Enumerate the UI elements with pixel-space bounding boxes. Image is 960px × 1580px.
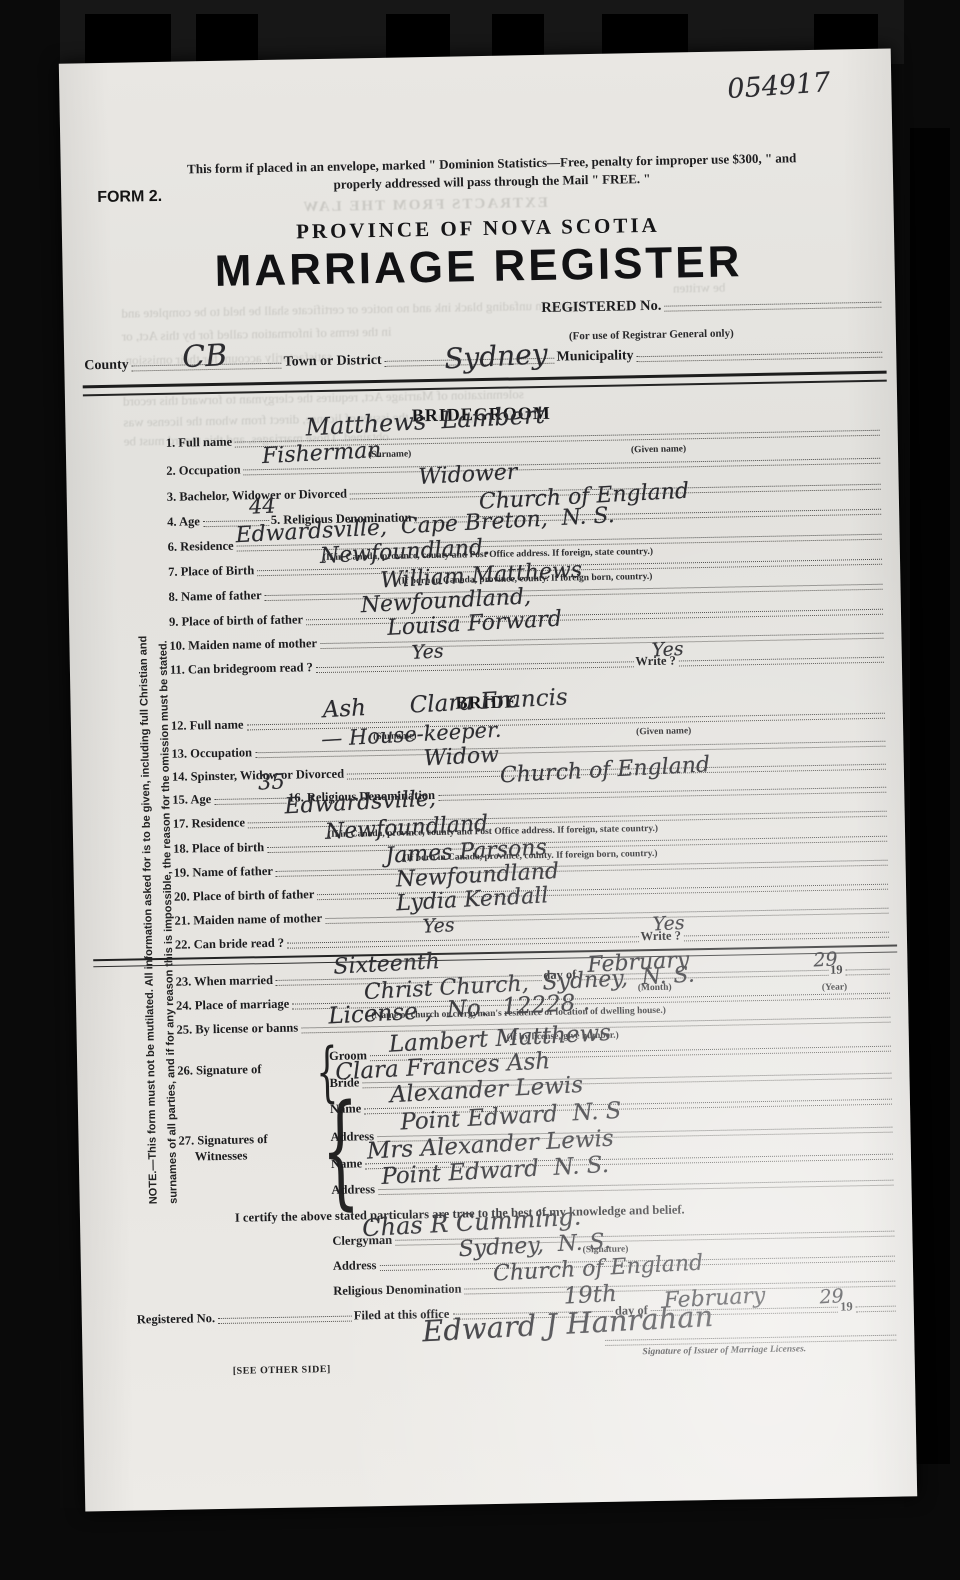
- film-left-band: [0, 0, 60, 1580]
- bride-write-handwritten: Yes: [652, 912, 685, 936]
- bride-mother-label: 21. Maiden name of mother: [174, 911, 322, 928]
- bride-age-label: 15. Age: [172, 792, 211, 807]
- groom-status-handwritten: Widower: [418, 460, 518, 490]
- brace-27: {: [320, 1077, 360, 1223]
- dotted-line: [664, 302, 881, 312]
- groom-read-handwritten: Yes: [411, 640, 444, 664]
- issuer-signature-caption: Signature of Issuer of Marriage Licenses…: [642, 1344, 806, 1357]
- dotted-line: [856, 1306, 896, 1313]
- groom-read-label: 11. Can bridegroom read ?: [170, 660, 313, 677]
- groom-read-write-row: 11. Can bridegroom read ? Write ?: [170, 650, 886, 677]
- filed-year-handwritten: 29: [819, 1285, 844, 1308]
- groom-age-label: 4. Age: [167, 514, 200, 529]
- town-district-label: Town or District: [284, 354, 382, 370]
- bride-fullname-label: 12. Full name: [171, 717, 244, 732]
- bride-father-birthplace-label: 20. Place of birth of father: [174, 887, 314, 904]
- dotted-line: [265, 584, 883, 601]
- bride-residence-label: 17. Residence: [173, 815, 245, 830]
- film-sprocket: [85, 14, 171, 64]
- witness-name-label: Name: [331, 1156, 363, 1171]
- county-value-handwritten: CB: [181, 338, 228, 375]
- form-number-label: FORM 2.: [97, 188, 162, 207]
- license-label: 25. By license or banns: [176, 1021, 298, 1037]
- bride-occupation-row: 13. Occupation: [171, 734, 887, 761]
- dotted-line: [438, 787, 886, 801]
- groom-occupation-label: 2. Occupation: [166, 462, 241, 477]
- groom-residence-label: 6. Residence: [168, 539, 234, 554]
- witness-address-label: Address: [331, 1182, 375, 1197]
- bride-read-handwritten: Yes: [422, 914, 455, 938]
- place-of-marriage-label: 24. Place of marriage: [176, 997, 289, 1013]
- dotted-line: [316, 661, 634, 673]
- registered-no-label: REGISTERED No.: [541, 299, 661, 315]
- groom-mother-label: 10. Maiden name of mother: [169, 636, 317, 653]
- bride-age-handwritten: 35: [257, 769, 285, 794]
- bride-occupation-label: 13. Occupation: [171, 745, 252, 760]
- groom-father-label: 8. Name of father: [168, 588, 261, 604]
- municipality-label: Municipality: [557, 349, 634, 364]
- bride-given-caption: (Given name): [636, 726, 691, 737]
- bride-birthplace-label: 18. Place of birth: [173, 840, 264, 856]
- margin-note: NOTE.—This form must not be mutilated. A…: [132, 560, 188, 1205]
- when-married-label: 23. When married: [176, 973, 274, 989]
- dotted-line: [684, 932, 889, 942]
- bride-read-label: 22. Can bride read ?: [175, 936, 284, 952]
- groom-age-handwritten: 44: [248, 493, 276, 518]
- bleed-through-line: in the terms of information called for b…: [122, 324, 392, 345]
- town-value-handwritten: Sydney: [443, 337, 548, 375]
- dotted-line: [287, 936, 639, 948]
- groom-father-birthplace-label: 9. Place of birth of father: [169, 612, 303, 628]
- witness-name-label: Name: [330, 1101, 362, 1116]
- groom-fullname-label: 1. Full name: [166, 435, 233, 450]
- dotted-line: [276, 860, 888, 877]
- see-other-side-label: [SEE OTHER SIDE]: [233, 1364, 331, 1377]
- bleed-through-heading: EXTRACTS FROM THE LAW: [301, 195, 548, 217]
- dotted-line: [637, 352, 883, 363]
- registered-no-row: REGISTERED No.: [541, 295, 883, 315]
- dotted-line: [214, 798, 286, 805]
- signature-of-label: 26. Signature of: [177, 1062, 261, 1079]
- bride-father-label: 19. Name of father: [174, 864, 274, 880]
- microfilm-frame: EXTRACTS FROM THE LAW be written legibly…: [0, 0, 960, 1580]
- groom-write-handwritten: Yes: [651, 638, 684, 662]
- wedding-year-handwritten: 29: [813, 948, 838, 971]
- dotted-line: [846, 969, 890, 976]
- clergyman-religion-label: Religious Denomination: [333, 1282, 461, 1298]
- witnesses-label-line1: 27. Signatures of: [178, 1132, 267, 1149]
- film-right-inner: [910, 128, 950, 1464]
- dotted-line: [679, 657, 884, 667]
- bleed-through-line: legibly in unfading black ink and no not…: [121, 297, 585, 321]
- bride-status-handwritten: Widow: [423, 742, 500, 771]
- clergyman-address-label: Address: [333, 1258, 377, 1273]
- registrar-only-note: (For use of Registrar General only): [569, 327, 734, 342]
- witnesses-label-line2: Witnesses: [195, 1148, 248, 1164]
- dotted-line: [218, 1316, 352, 1324]
- document-page: EXTRACTS FROM THE LAW be written legibly…: [59, 48, 917, 1511]
- frame-number-handwritten: 054917: [726, 67, 831, 105]
- groom-birthplace-label: 7. Place of Birth: [168, 563, 254, 579]
- film-bottom-band: [0, 1508, 960, 1580]
- film-sprocket: [196, 14, 258, 64]
- county-label: County: [84, 359, 129, 374]
- footer-registered-no-label: Registered No.: [137, 1311, 215, 1326]
